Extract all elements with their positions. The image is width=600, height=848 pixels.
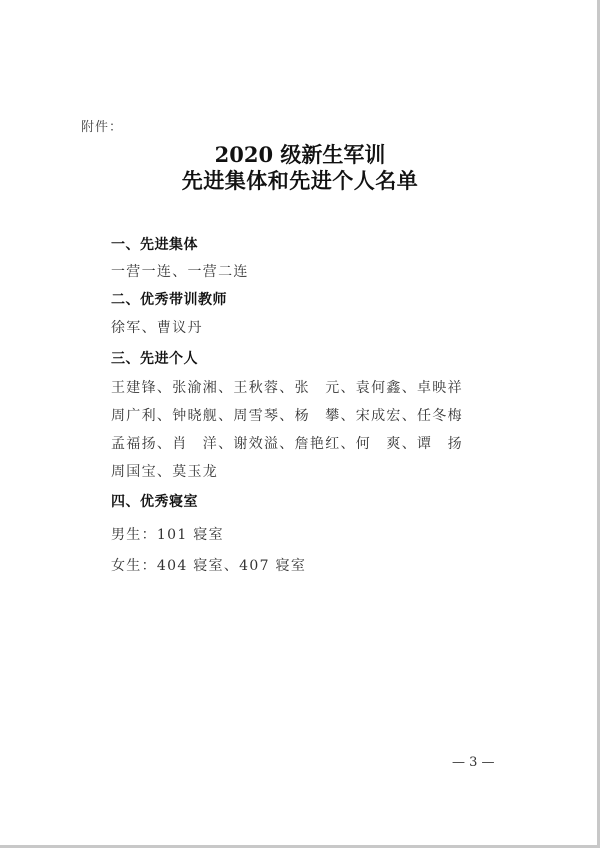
name-list-line: 王建锋、张渝湘、王秋蓉、张 元、袁何鑫、卓映祥 — [111, 377, 463, 397]
section-heading-excellent-instructors: 二、优秀带训教师 — [111, 289, 227, 309]
section-text-line: 一营一连、一营二连 — [111, 261, 249, 281]
page-number: — 3 — — [452, 755, 495, 770]
title-line-2: 先进集体和先进个人名单 — [0, 165, 600, 195]
attachment-label: 附件： — [81, 116, 123, 135]
dorm-line-female: 女生：404 寝室、407 寝室 — [111, 555, 306, 575]
name-list-line: 孟福扬、肖 洋、谢效溢、詹艳红、何 爽、谭 扬 — [111, 433, 463, 453]
name-list-line: 周国宝、莫玉龙 — [111, 461, 218, 481]
section-text-line: 徐军、曹议丹 — [111, 317, 203, 337]
dorm-line-male: 男生：101 寝室 — [111, 524, 224, 544]
section-heading-advanced-individuals: 三、先进个人 — [111, 348, 198, 368]
section-heading-excellent-dorms: 四、优秀寝室 — [111, 491, 198, 511]
document-page: 附件： 2020 级新生军训 先进集体和先进个人名单 一、先进集体 一营一连、一… — [0, 0, 600, 848]
section-heading-advanced-collectives: 一、先进集体 — [111, 234, 198, 254]
name-list-line: 周广利、钟晓舰、周雪琴、杨 攀、宋成宏、任冬梅 — [111, 405, 463, 425]
